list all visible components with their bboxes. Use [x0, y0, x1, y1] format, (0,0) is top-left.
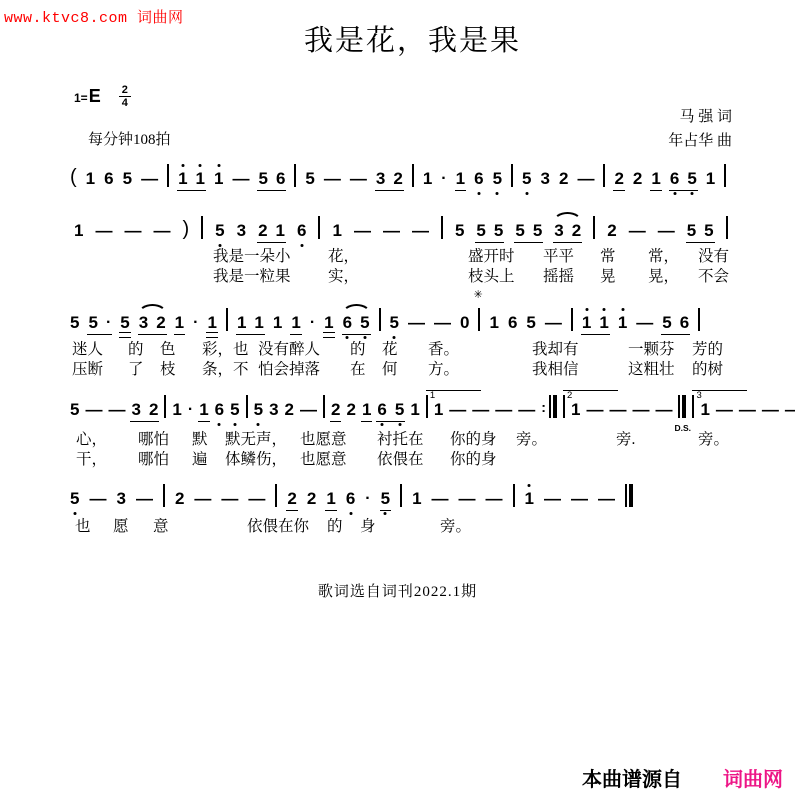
- lyric-segment-row3: 一颗芬: [628, 337, 675, 359]
- note: 1: [700, 401, 709, 418]
- note: 5: [70, 314, 79, 331]
- note: 1: [172, 401, 181, 418]
- note: 2: [307, 490, 316, 507]
- note: 2: [559, 170, 568, 187]
- double-barline: [625, 484, 633, 507]
- duration-dash: —: [432, 490, 449, 507]
- beam-group: 32: [139, 314, 166, 331]
- duration-dash: —: [545, 314, 562, 331]
- note: 5: [395, 401, 404, 418]
- octave-dot-low: [300, 244, 303, 247]
- octave-dot-low: [384, 512, 387, 515]
- barline: [246, 395, 248, 418]
- lyric-segment-row6: 依偎在: [377, 447, 424, 469]
- note: 3: [131, 401, 140, 418]
- note: 5: [390, 314, 399, 331]
- note: 1: [207, 314, 216, 331]
- note: 5: [70, 401, 79, 418]
- note: 1: [332, 222, 341, 239]
- octave-dot-low: [496, 192, 499, 195]
- note: 1: [456, 170, 465, 187]
- note: 2: [285, 401, 294, 418]
- barline: [164, 395, 166, 418]
- note: 1: [582, 314, 591, 331]
- note: 2: [149, 401, 158, 418]
- key-note: E: [89, 86, 101, 106]
- note: 3: [541, 170, 550, 187]
- repeat-barline: :: [541, 395, 557, 418]
- lyric-segment-row7: 旁。: [440, 514, 471, 536]
- duration-dash: —: [449, 401, 466, 418]
- note: 1: [324, 314, 333, 331]
- note: 5: [493, 170, 502, 187]
- duration-dash: —: [472, 401, 489, 418]
- time-upper: 2: [119, 84, 131, 96]
- note: 2: [156, 314, 165, 331]
- duration-dash: —: [486, 490, 503, 507]
- lyric-segment-row2: 实，: [328, 264, 359, 286]
- lyric-segment-row5: 心，: [76, 427, 107, 449]
- lyric-segment-row1: 常，: [648, 244, 679, 266]
- beam-group: 56: [662, 314, 689, 331]
- note: 1: [362, 401, 371, 418]
- duration-dash: —: [658, 222, 675, 239]
- note: 6: [680, 314, 689, 331]
- beam-group: 32: [376, 170, 403, 187]
- note: 1: [291, 314, 300, 331]
- phrase-paren: ): [182, 219, 189, 239]
- lyric-segment-row7: 依偎在你: [247, 514, 309, 536]
- note: 5: [215, 222, 224, 239]
- barline: [593, 216, 595, 239]
- segno-mark: ✳: [473, 290, 482, 301]
- note: 1: [706, 170, 715, 187]
- note: 3: [116, 490, 125, 507]
- duration-dash: —: [459, 490, 476, 507]
- note: 1: [412, 490, 421, 507]
- note: 2: [287, 490, 296, 507]
- barline: [441, 216, 443, 239]
- note: 1: [199, 401, 208, 418]
- augmentation-dot: ·: [310, 315, 315, 331]
- lyric-segment-row1: 常: [600, 244, 616, 266]
- note: 5: [476, 222, 485, 239]
- note: 2: [607, 222, 616, 239]
- octave-dot-low: [691, 192, 694, 195]
- duration-dash: —: [598, 490, 615, 507]
- credits: 马 强 词 年占华 曲: [668, 105, 732, 153]
- volta-bracket-3: 3: [692, 395, 694, 418]
- lyric-segment-row3: 彩，也: [202, 337, 249, 359]
- note: 1: [489, 314, 498, 331]
- lyric-segment-row2: 摇摇: [543, 264, 574, 286]
- octave-dot-high: [603, 308, 606, 311]
- note: 5: [254, 401, 263, 418]
- note: 3: [139, 314, 148, 331]
- note: 5: [522, 170, 531, 187]
- composer-credit: 年占华 曲: [668, 129, 732, 153]
- barline: [275, 484, 277, 507]
- beam-group: 65: [670, 170, 697, 187]
- lyric-segment-row3: 色: [160, 337, 176, 359]
- lyric-segment-row6: 遍: [192, 447, 208, 469]
- beam-group: 65: [377, 401, 404, 418]
- note: 1: [423, 170, 432, 187]
- octave-dot-low: [346, 336, 349, 339]
- duration-dash: —: [124, 222, 141, 239]
- augmentation-dot: ·: [193, 315, 198, 331]
- lyric-segment-row6: 体鳞伤，: [225, 447, 287, 469]
- time-lower: 4: [119, 96, 131, 109]
- barline: [726, 216, 728, 239]
- tie-arc: [342, 304, 371, 314]
- augmentation-dot: ·: [365, 491, 370, 507]
- note: 6: [377, 401, 386, 418]
- lyric-segment-row2: 晃: [600, 264, 616, 286]
- note: 5: [662, 314, 671, 331]
- barline: [294, 164, 296, 187]
- note: 6: [670, 170, 679, 187]
- duration-dash: —: [412, 222, 429, 239]
- duration-dash: —: [609, 401, 626, 418]
- lyricist-credit: 马 强 词: [668, 105, 732, 129]
- note: 2: [633, 170, 642, 187]
- lyric-segment-row2: 我是一粒果: [213, 264, 291, 286]
- note: 2: [572, 222, 581, 239]
- note: 6: [343, 314, 352, 331]
- double-barline: D.S.: [678, 395, 686, 418]
- note: 6: [474, 170, 483, 187]
- lyric-segment-row3: 我却有: [532, 337, 579, 359]
- note: 6: [297, 222, 306, 239]
- note: 5: [455, 222, 464, 239]
- octave-dot-high: [217, 164, 220, 167]
- note: 6: [346, 490, 355, 507]
- lyric-segment-row3: 花: [382, 337, 398, 359]
- note: 2: [393, 170, 402, 187]
- barline: [603, 164, 605, 187]
- lyric-segment-row4: 方。: [428, 357, 459, 379]
- barline: [513, 484, 515, 507]
- octave-dot-high: [585, 308, 588, 311]
- note: 1: [196, 170, 205, 187]
- note: 1: [599, 314, 608, 331]
- lyric-segment-row5: 也愿意: [300, 427, 347, 449]
- duration-dash: —: [544, 490, 561, 507]
- lyric-segment-row4: 的树: [692, 357, 723, 379]
- augmentation-dot: ·: [188, 402, 193, 418]
- beam-group: 32: [131, 401, 158, 418]
- footer-brand: 词曲网: [723, 763, 783, 792]
- duration-dash: —: [586, 401, 603, 418]
- duration-dash: —: [629, 222, 646, 239]
- beam-group: 5·: [88, 314, 111, 331]
- note: 5: [70, 490, 79, 507]
- lyric-segment-row3: 没有醉人: [258, 337, 320, 359]
- lyric-segment-row1: 花，: [328, 244, 359, 266]
- lyric-segment-row5: 默无声，: [225, 427, 287, 449]
- note: 1: [276, 222, 285, 239]
- note: 6: [508, 314, 517, 331]
- note: 1: [410, 401, 419, 418]
- barline: [379, 308, 381, 331]
- lyric-segment-row3: 的: [350, 337, 366, 359]
- tie-arc: [553, 212, 582, 222]
- tie-arc: [138, 304, 167, 314]
- barline: [412, 164, 414, 187]
- octave-dot-low: [673, 192, 676, 195]
- duration-dash: —: [739, 401, 756, 418]
- note: 5: [120, 314, 129, 331]
- beam-group: 65: [343, 314, 370, 331]
- duration-dash: —: [194, 490, 211, 507]
- note: 2: [258, 222, 267, 239]
- lyric-segment-row1: 没有: [698, 244, 729, 266]
- lyric-segment-row2: 枝头上: [468, 264, 515, 286]
- notation-line-3: 55·5321·11111·1655——0✳165—111—56: [70, 305, 700, 331]
- note: 5: [230, 401, 239, 418]
- note: 5: [704, 222, 713, 239]
- note: 2: [346, 401, 355, 418]
- footer-source-label: 本曲谱源自: [582, 763, 682, 792]
- beam-group: 11: [237, 314, 264, 331]
- note: 5: [687, 170, 696, 187]
- note: 5: [123, 170, 132, 187]
- lyric-segment-row5: 旁。: [516, 427, 547, 449]
- note: 2: [331, 401, 340, 418]
- note: 5: [533, 222, 542, 239]
- duration-dash: —: [495, 401, 512, 418]
- key-prefix: 1=: [74, 91, 88, 105]
- note: 1: [74, 222, 83, 239]
- duration-dash: —: [350, 170, 367, 187]
- lyric-segment-row7: 意: [153, 514, 169, 536]
- lyric-segment-row4: 何: [382, 357, 398, 379]
- octave-dot-low: [381, 423, 384, 426]
- lyric-segment-row2: 不会: [698, 264, 729, 286]
- note: 3: [554, 222, 563, 239]
- note: 1: [175, 314, 184, 331]
- volta-bracket-1: 1: [426, 395, 428, 418]
- barline: [698, 308, 700, 331]
- barline: [400, 484, 402, 507]
- note: 1: [86, 170, 95, 187]
- lyric-segment-row4: 压断: [72, 357, 103, 379]
- octave-dot-high: [199, 164, 202, 167]
- lyric-segment-row6: 你的身: [450, 447, 497, 469]
- lyric-segment-row3: 芳的: [692, 337, 723, 359]
- note: 5: [687, 222, 696, 239]
- source-footnote: 歌词选自词刊2022.1期: [0, 580, 795, 601]
- lyric-segment-row7: 也: [75, 514, 91, 536]
- lyric-segment-row5: 默: [192, 427, 208, 449]
- note: 5: [360, 314, 369, 331]
- octave-dot-low: [398, 423, 401, 426]
- duration-dash: —: [577, 170, 594, 187]
- note: 5: [526, 314, 535, 331]
- octave-dot-low: [477, 192, 480, 195]
- key-text: 1=E: [74, 86, 101, 107]
- note: 5: [515, 222, 524, 239]
- duration-dash: —: [434, 314, 451, 331]
- lyric-segment-row5: 衬托在: [377, 427, 424, 449]
- barline: [323, 395, 325, 418]
- note: 1: [571, 401, 580, 418]
- duration-dash: —: [655, 401, 672, 418]
- lyric-segment-row5: 你的身: [450, 427, 497, 449]
- duration-dash: —: [136, 490, 153, 507]
- note: 6: [215, 401, 224, 418]
- phrase-paren: (: [70, 167, 77, 187]
- beam-group: 32: [554, 222, 581, 239]
- tempo-marking: 每分钟108拍: [88, 128, 171, 149]
- duration-dash: —: [153, 222, 170, 239]
- barline: [167, 164, 169, 187]
- augmentation-dot: ·: [441, 171, 446, 187]
- note: 2: [614, 170, 623, 187]
- note: 6: [276, 170, 285, 187]
- octave-dot-low: [233, 423, 236, 426]
- note: 5: [88, 314, 97, 331]
- note: 5: [381, 490, 390, 507]
- barline: [201, 216, 203, 239]
- note: 1: [178, 170, 187, 187]
- duration-dash: —: [141, 170, 158, 187]
- beam-group: 55: [687, 222, 714, 239]
- ds-mark: D.S.: [674, 424, 691, 433]
- duration-dash: —: [354, 222, 371, 239]
- augmentation-dot: ·: [106, 315, 111, 331]
- octave-dot-low: [349, 512, 352, 515]
- barline: [318, 216, 320, 239]
- octave-dot-low: [218, 423, 221, 426]
- lyric-segment-row6: 也愿意: [300, 447, 347, 469]
- lyric-segment-row6: 哪怕: [138, 447, 169, 469]
- note: 5: [258, 170, 267, 187]
- lyric-segment-row3: 迷人: [72, 337, 103, 359]
- lyric-segment-row4: 怕会掉落: [258, 357, 320, 379]
- lyric-segment-row4: 枝: [160, 357, 176, 379]
- note: 5: [494, 222, 503, 239]
- duration-dash: —: [300, 401, 317, 418]
- barline: [724, 164, 726, 187]
- note: 3: [376, 170, 385, 187]
- beam-group: 55: [476, 222, 503, 239]
- duration-dash: —: [89, 490, 106, 507]
- lyric-segment-row7: 身: [360, 514, 376, 536]
- beam-group: 11: [178, 170, 205, 187]
- duration-dash: —: [324, 170, 341, 187]
- duration-dash: —: [716, 401, 733, 418]
- lyric-segment-row5: 哪怕: [138, 427, 169, 449]
- note: 1: [525, 490, 534, 507]
- note: 1: [254, 314, 263, 331]
- duration-dash: —: [383, 222, 400, 239]
- octave-dot-low: [525, 192, 528, 195]
- duration-dash: —: [85, 401, 102, 418]
- beam-group: 56: [258, 170, 285, 187]
- barline: [511, 164, 513, 187]
- duration-dash: —: [108, 401, 125, 418]
- lyric-segment-row4: 条，不: [202, 357, 249, 379]
- barline: [163, 484, 165, 507]
- rest-note: 0: [460, 314, 469, 331]
- note: 1: [326, 490, 335, 507]
- note: 3: [269, 401, 278, 418]
- note: 1: [651, 170, 660, 187]
- duration-dash: —: [785, 401, 795, 418]
- lyric-segment-row2: 晃，: [648, 264, 679, 286]
- duration-dash: —: [221, 490, 238, 507]
- duration-dash: —: [95, 222, 112, 239]
- duration-dash: —: [408, 314, 425, 331]
- duration-dash: —: [248, 490, 265, 507]
- key-signature: 1=E 24: [74, 84, 131, 109]
- duration-dash: —: [636, 314, 653, 331]
- lyric-segment-row7: 的: [327, 514, 343, 536]
- octave-dot-high: [181, 164, 184, 167]
- octave-dot-high: [528, 484, 531, 487]
- lyric-segment-row4: 了: [128, 357, 144, 379]
- lyric-segment-row3: 香。: [428, 337, 459, 359]
- beam-group: 55: [515, 222, 542, 239]
- duration-dash: —: [762, 401, 779, 418]
- duration-dash: —: [632, 401, 649, 418]
- notation-line-4: 5——321·165532—22165111————:21————D.S.31—…: [70, 392, 795, 418]
- lyric-segment-row5: 旁.: [616, 427, 635, 449]
- lyric-segment-row6: 干，: [76, 447, 107, 469]
- note: 1: [214, 170, 223, 187]
- time-signature: 24: [119, 84, 131, 109]
- octave-dot-high: [621, 308, 624, 311]
- notation-line-5: 5—3—2———2216·51———1———: [70, 481, 633, 507]
- note: 3: [237, 222, 246, 239]
- octave-dot-low: [257, 423, 260, 426]
- song-title: 我是花，我是果: [30, 18, 795, 59]
- volta-bracket-2: 2: [563, 395, 565, 418]
- beam-group: 11: [582, 314, 609, 331]
- note: 1: [618, 314, 627, 331]
- lyric-segment-row1: 平平: [543, 244, 574, 266]
- lyric-segment-row1: 盛开时: [468, 244, 515, 266]
- lyric-segment-row5: 旁。: [698, 427, 729, 449]
- note: 1: [237, 314, 246, 331]
- note: 2: [175, 490, 184, 507]
- barline: [571, 308, 573, 331]
- duration-dash: —: [518, 401, 535, 418]
- barline: ✳: [478, 308, 480, 331]
- lyric-segment-row7: 愿: [113, 514, 129, 536]
- note: 5: [305, 170, 314, 187]
- lyric-segment-row4: 这粗壮: [628, 357, 675, 379]
- notation-line-2: 1———)532161———55555322——55: [74, 213, 728, 239]
- sheet-music-page: www.ktvc8.com 词曲网 我是花，我是果 1=E 24 每分钟108拍…: [0, 0, 795, 797]
- notation-line-1: (165—111—565——321·165532—221651: [70, 161, 726, 187]
- duration-dash: —: [571, 490, 588, 507]
- duration-dash: —: [232, 170, 249, 187]
- beam-group: 21: [258, 222, 285, 239]
- note: 1: [434, 401, 443, 418]
- lyric-segment-row3: 的: [128, 337, 144, 359]
- lyric-segment-row1: 我是一朵小: [213, 244, 291, 266]
- note: 6: [104, 170, 113, 187]
- barline: [226, 308, 228, 331]
- lyric-segment-row4: 在: [350, 357, 366, 379]
- note: 1: [273, 314, 282, 331]
- lyric-segment-row4: 我相信: [532, 357, 579, 379]
